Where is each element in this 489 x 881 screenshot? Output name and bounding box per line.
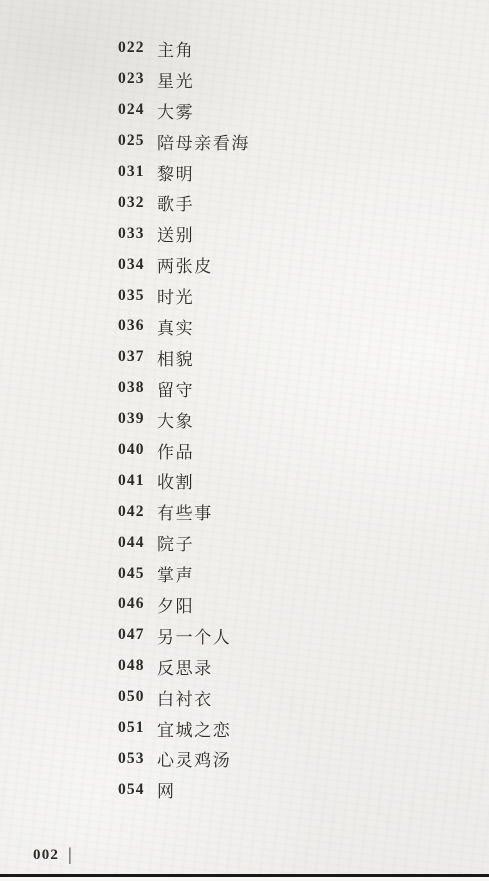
toc-list: 022 主角 023 星光 024 大雾 025 陪母亲看海 031 黎明 03… — [118, 33, 250, 805]
toc-entry-title: 送别 — [157, 221, 194, 246]
toc-entry: 024 大雾 — [118, 95, 250, 126]
toc-entry: 050 白衬衣 — [118, 682, 250, 713]
toc-entry-title: 有些事 — [157, 499, 213, 524]
toc-entry-title: 相貌 — [157, 345, 194, 370]
toc-entry-page-number: 035 — [118, 287, 157, 305]
toc-entry-title: 掌声 — [157, 561, 194, 586]
toc-entry-title: 网 — [157, 777, 176, 802]
toc-entry-title: 黎明 — [157, 160, 194, 185]
toc-entry: 032 歌手 — [118, 187, 250, 218]
toc-entry: 039 大象 — [118, 404, 250, 435]
toc-entry-page-number: 048 — [118, 657, 157, 675]
toc-entry-page-number: 054 — [118, 781, 157, 799]
toc-entry: 054 网 — [118, 774, 250, 805]
toc-entry: 047 另一个人 — [118, 620, 250, 651]
toc-entry: 040 作品 — [118, 435, 250, 466]
toc-entry-page-number: 038 — [118, 379, 157, 397]
toc-entry: 022 主角 — [118, 33, 250, 64]
toc-entry-title: 反思录 — [157, 654, 213, 679]
toc-entry-page-number: 053 — [118, 750, 157, 768]
toc-entry-page-number: 036 — [118, 317, 157, 335]
toc-entry-title: 时光 — [157, 283, 194, 308]
toc-entry-page-number: 051 — [118, 719, 157, 737]
toc-entry: 044 院子 — [118, 527, 250, 558]
toc-entry-page-number: 032 — [118, 194, 157, 212]
toc-entry: 042 有些事 — [118, 496, 250, 527]
toc-entry-title: 大象 — [157, 407, 194, 432]
toc-entry-page-number: 044 — [118, 534, 157, 552]
toc-entry-title: 大雾 — [157, 98, 194, 123]
toc-entry-page-number: 023 — [118, 70, 157, 88]
toc-entry-page-number: 022 — [118, 39, 157, 57]
toc-entry-title: 作品 — [157, 438, 194, 463]
toc-entry-title: 留守 — [157, 376, 194, 401]
toc-entry-page-number: 037 — [118, 348, 157, 366]
toc-entry-page-number: 040 — [118, 441, 157, 459]
toc-entry-title: 夕阳 — [157, 592, 194, 617]
toc-entry-title: 真实 — [157, 314, 194, 339]
toc-entry: 038 留守 — [118, 373, 250, 404]
toc-entry: 046 夕阳 — [118, 589, 250, 620]
toc-entry-page-number: 042 — [118, 503, 157, 521]
toc-entry: 051 宜城之恋 — [118, 713, 250, 744]
toc-entry-title: 白衬衣 — [157, 685, 213, 710]
folio-number: 002 — [33, 847, 59, 864]
toc-entry-page-number: 047 — [118, 626, 157, 644]
page-edge-below — [0, 877, 489, 881]
toc-entry-title: 主角 — [157, 36, 194, 61]
book-page: 022 主角 023 星光 024 大雾 025 陪母亲看海 031 黎明 03… — [0, 0, 489, 881]
toc-entry: 036 真实 — [118, 311, 250, 342]
toc-entry-page-number: 045 — [118, 565, 157, 583]
page-folio: 002 | — [33, 845, 73, 866]
toc-entry-title: 心灵鸡汤 — [157, 746, 231, 771]
toc-entry-page-number: 050 — [118, 688, 157, 706]
toc-entry-title: 陪母亲看海 — [157, 129, 250, 154]
toc-entry: 034 两张皮 — [118, 249, 250, 280]
toc-entry-title: 院子 — [157, 530, 194, 555]
toc-entry: 025 陪母亲看海 — [118, 126, 250, 157]
toc-entry: 031 黎明 — [118, 157, 250, 188]
toc-entry-page-number: 033 — [118, 225, 157, 243]
toc-entry-page-number: 025 — [118, 132, 157, 150]
toc-entry: 045 掌声 — [118, 558, 250, 589]
toc-entry-title: 收割 — [157, 468, 194, 493]
toc-entry: 048 反思录 — [118, 651, 250, 682]
toc-entry-page-number: 024 — [118, 101, 157, 119]
toc-entry: 053 心灵鸡汤 — [118, 743, 250, 774]
toc-entry-title: 宜城之恋 — [157, 716, 231, 741]
toc-entry: 035 时光 — [118, 280, 250, 311]
toc-entry-title: 歌手 — [157, 190, 194, 215]
toc-entry-page-number: 041 — [118, 472, 157, 490]
toc-entry-page-number: 046 — [118, 595, 157, 613]
toc-entry: 041 收割 — [118, 465, 250, 496]
toc-entry-page-number: 034 — [118, 256, 157, 274]
toc-entry-page-number: 039 — [118, 410, 157, 428]
toc-entry: 037 相貌 — [118, 342, 250, 373]
toc-entry-title: 星光 — [157, 67, 194, 92]
toc-entry-page-number: 031 — [118, 163, 157, 181]
toc-entry-title: 两张皮 — [157, 252, 213, 277]
folio-divider: | — [68, 844, 73, 865]
toc-entry: 033 送别 — [118, 218, 250, 249]
toc-entry-title: 另一个人 — [157, 623, 231, 648]
toc-entry: 023 星光 — [118, 64, 250, 95]
